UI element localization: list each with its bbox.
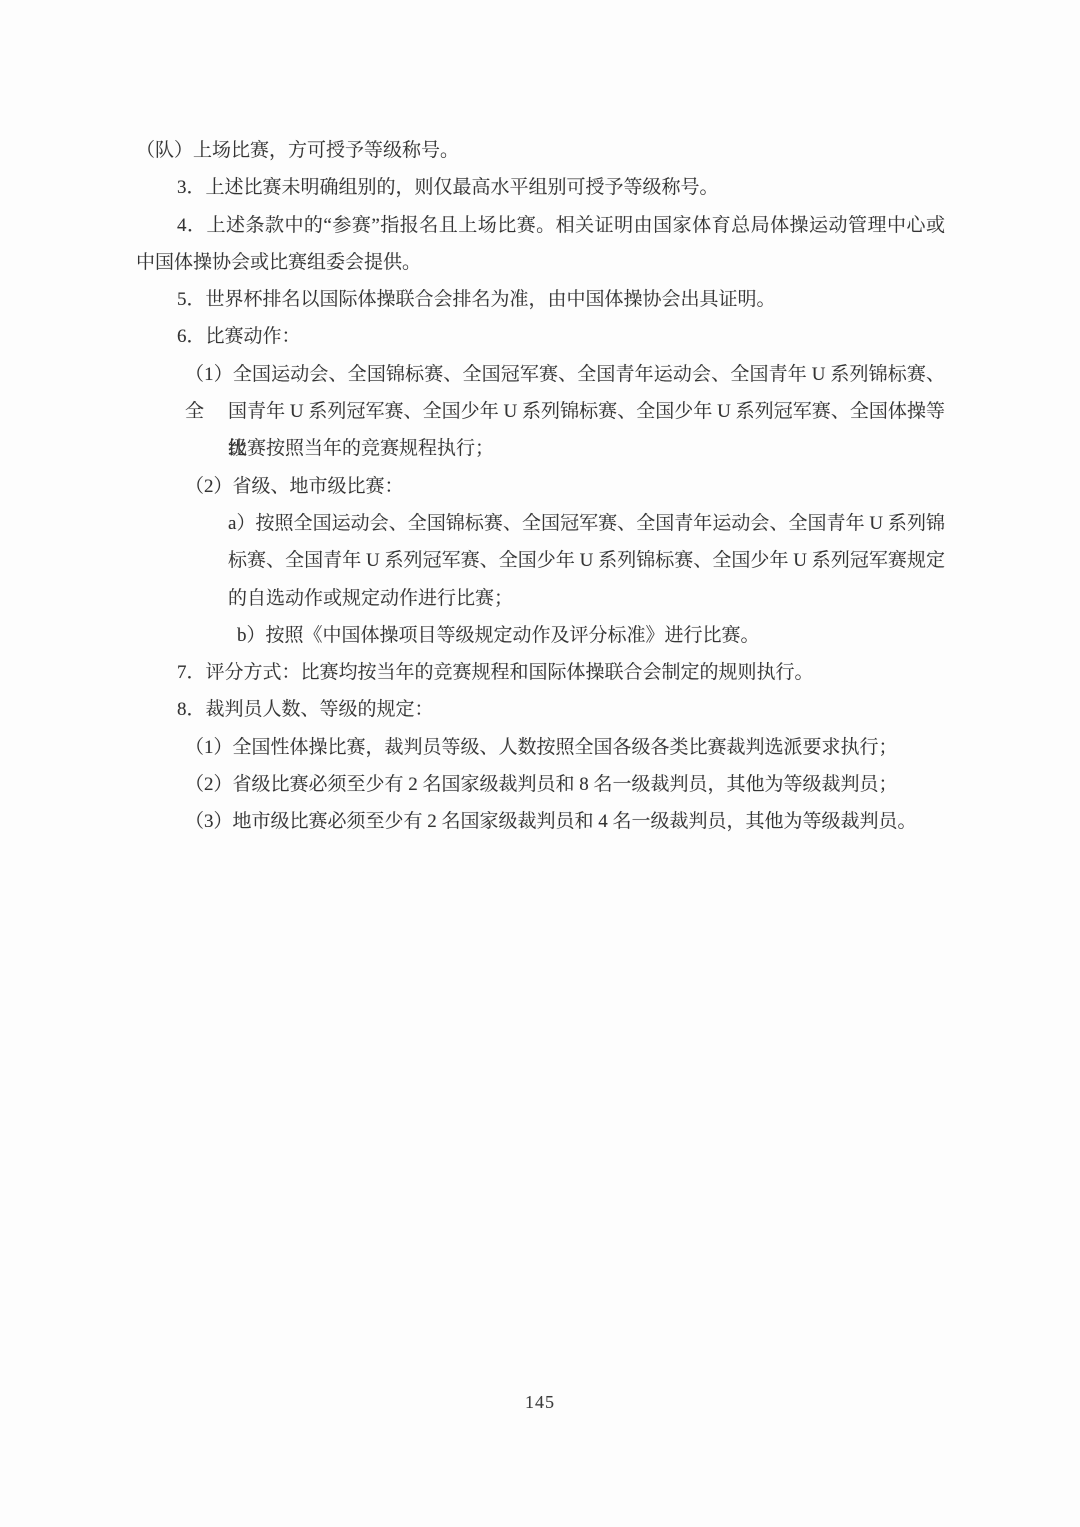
paragraph-line: 的自选动作或规定动作进行比赛； xyxy=(136,580,945,617)
page-content: （队）上场比赛，方可授予等级称号。 3．上述比赛未明确组别的，则仅最高水平组别可… xyxy=(136,132,945,841)
paragraph-line: b）按照《中国体操项目等级规定动作及评分标准》进行比赛。 xyxy=(136,617,945,654)
paragraph-line: 标赛、全国青年 U 系列冠军赛、全国少年 U 系列锦标赛、全国少年 U 系列冠军… xyxy=(136,542,945,579)
paragraph-line: 中国体操协会或比赛组委会提供。 xyxy=(136,244,945,281)
paragraph-line: 4．上述条款中的“参赛”指报名且上场比赛。相关证明由国家体育总局体操运动管理中心… xyxy=(136,207,945,244)
paragraph-line: （队）上场比赛，方可授予等级称号。 xyxy=(136,132,945,169)
paragraph-line: 3．上述比赛未明确组别的，则仅最高水平组别可授予等级称号。 xyxy=(136,169,945,206)
paragraph-line: 7．评分方式：比赛均按当年的竞赛规程和国际体操联合会制定的规则执行。 xyxy=(136,654,945,691)
paragraph-line: a）按照全国运动会、全国锦标赛、全国冠军赛、全国青年运动会、全国青年 U 系列锦 xyxy=(136,505,945,542)
document-page: （队）上场比赛，方可授予等级称号。 3．上述比赛未明确组别的，则仅最高水平组别可… xyxy=(0,0,1080,1527)
paragraph-line: 8．裁判员人数、等级的规定： xyxy=(136,691,945,728)
paragraph-line: 比赛按照当年的竞赛规程执行； xyxy=(136,430,945,467)
paragraph-line: 国青年 U 系列冠军赛、全国少年 U 系列锦标赛、全国少年 U 系列冠军赛、全国… xyxy=(136,393,945,430)
paragraph-line: （2）省级、地市级比赛： xyxy=(136,468,945,505)
page-number: 145 xyxy=(0,1392,1080,1413)
paragraph-line: （3）地市级比赛必须至少有 2 名国家级裁判员和 4 名一级裁判员，其他为等级裁… xyxy=(136,803,945,840)
paragraph-line: 6．比赛动作： xyxy=(136,318,945,355)
paragraph-line: （1）全国性体操比赛，裁判员等级、人数按照全国各级各类比赛裁判选派要求执行； xyxy=(136,729,945,766)
paragraph-line: （1）全国运动会、全国锦标赛、全国冠军赛、全国青年运动会、全国青年 U 系列锦标… xyxy=(136,356,945,393)
paragraph-line: 5．世界杯排名以国际体操联合会排名为准，由中国体操协会出具证明。 xyxy=(136,281,945,318)
paragraph-line: （2）省级比赛必须至少有 2 名国家级裁判员和 8 名一级裁判员，其他为等级裁判… xyxy=(136,766,945,803)
